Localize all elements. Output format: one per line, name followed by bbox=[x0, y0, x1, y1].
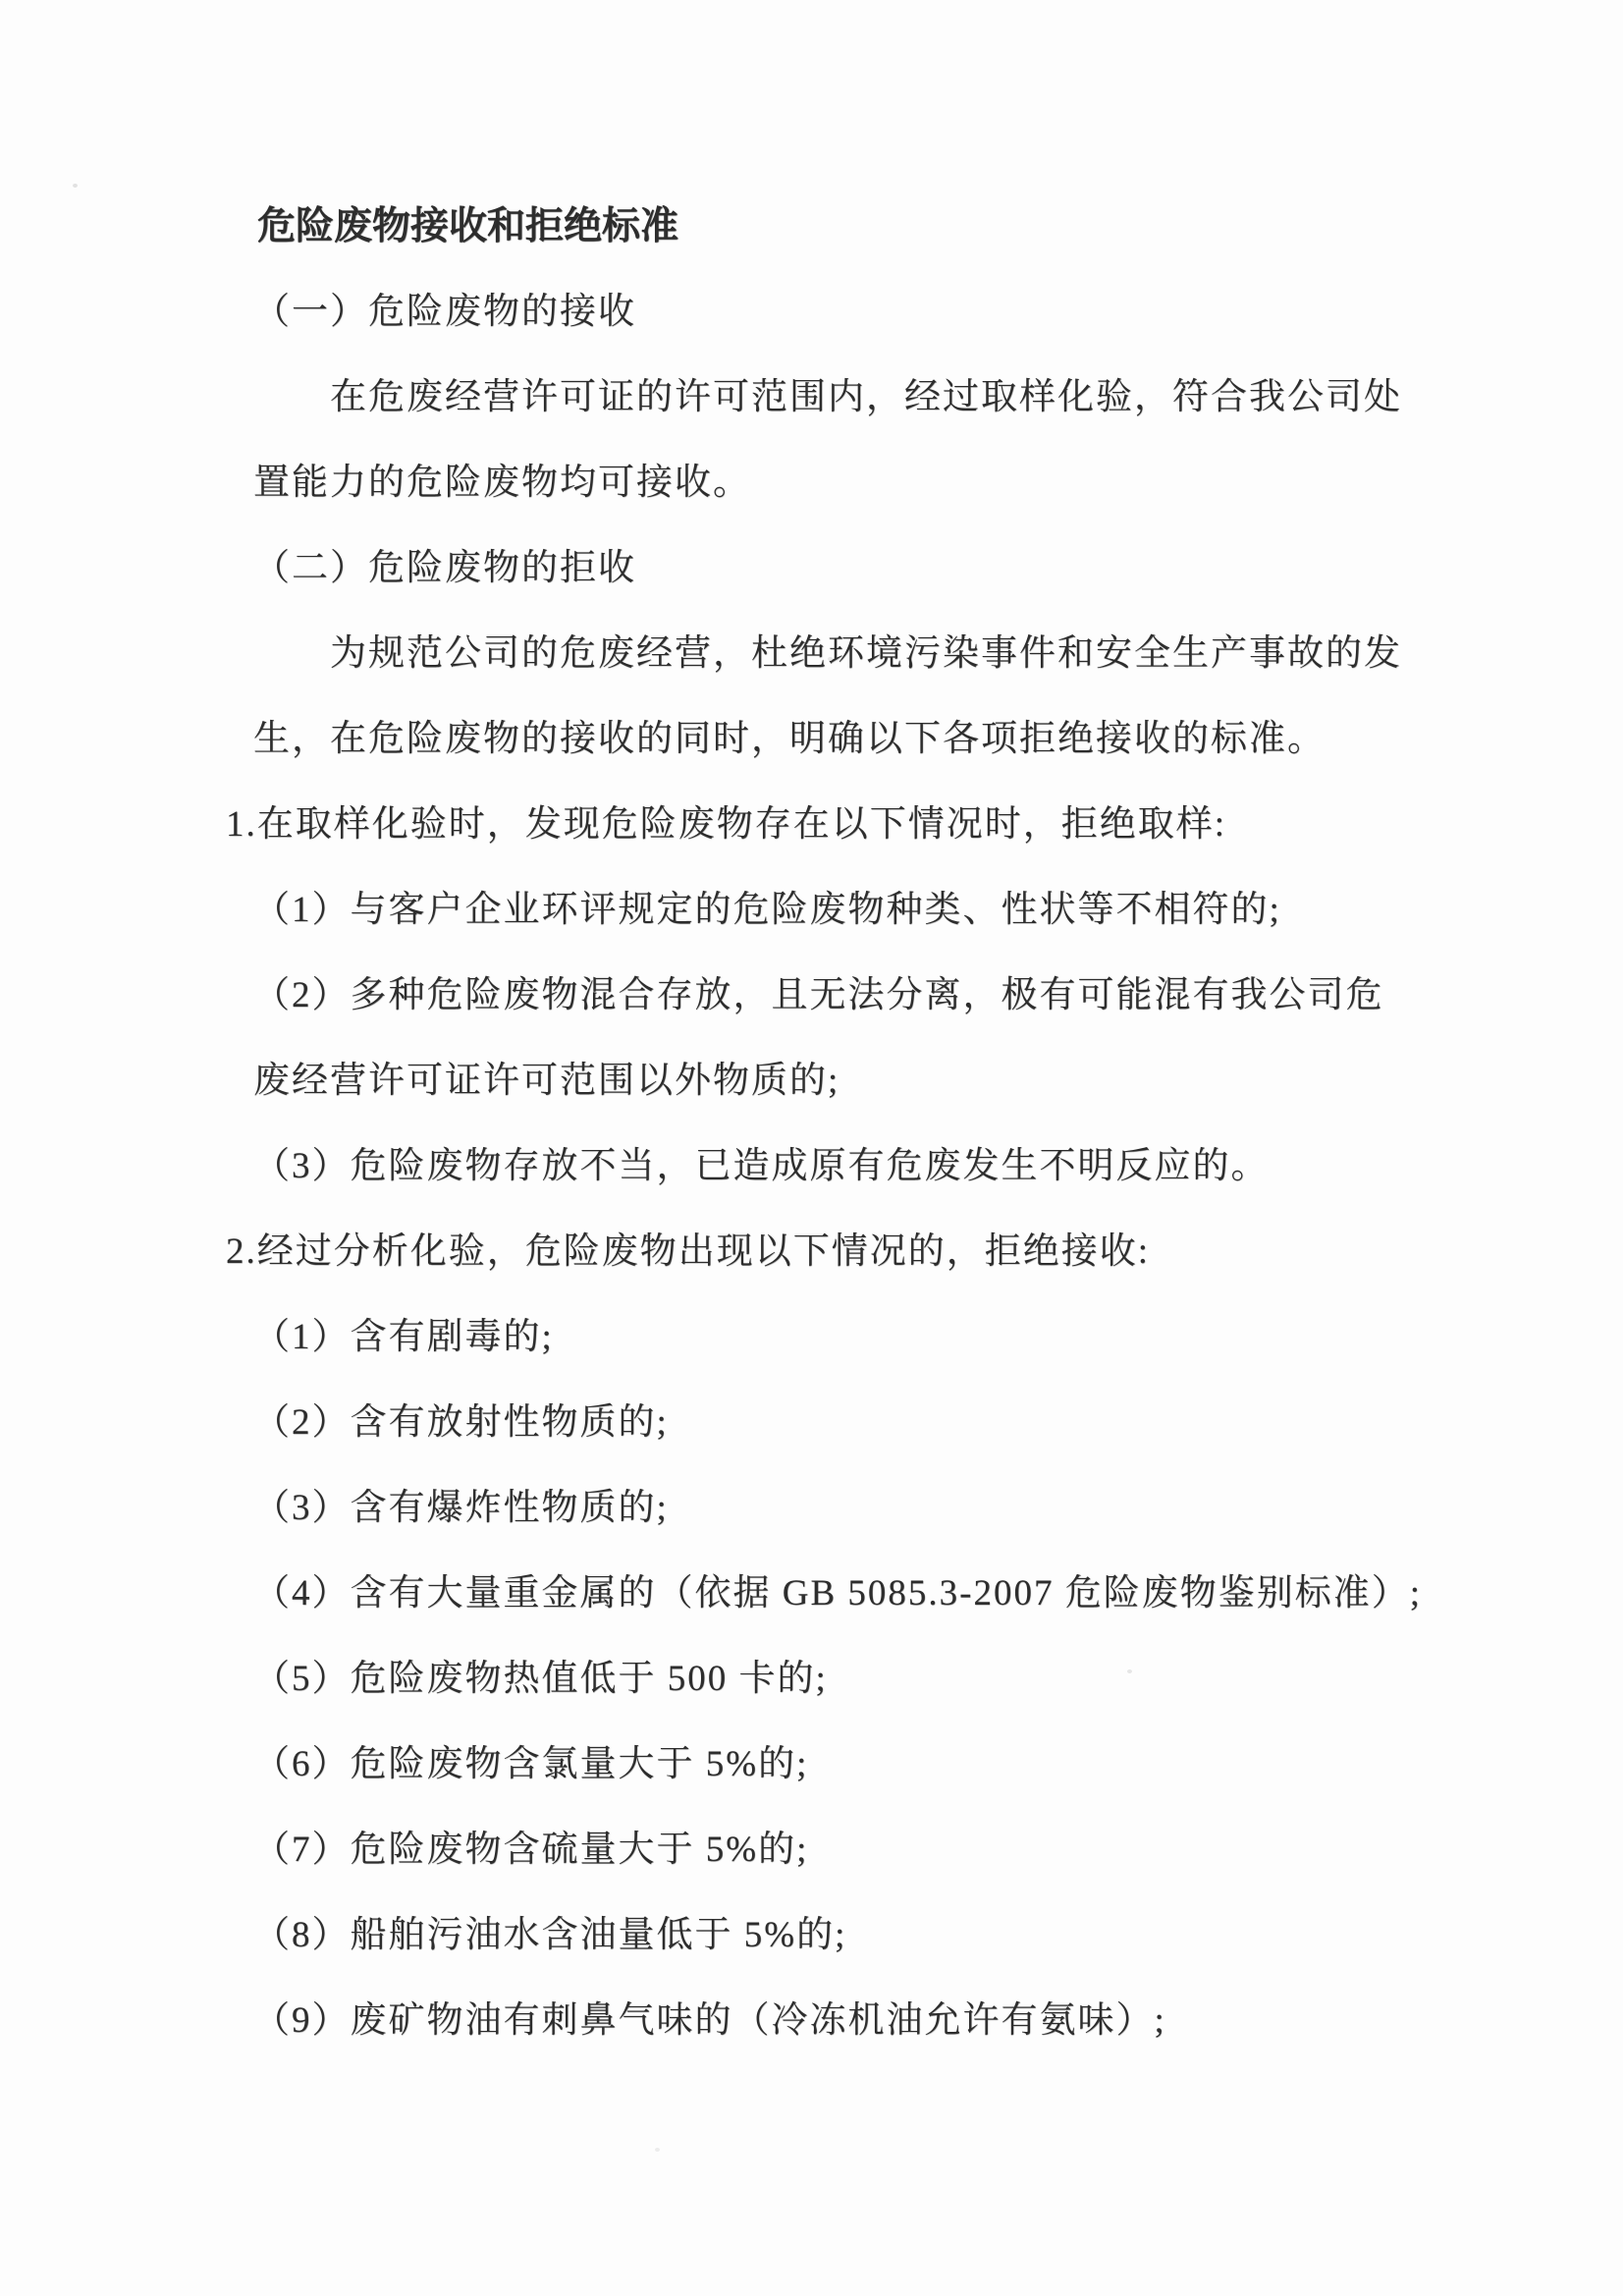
rule-2-item-6: （6）危险废物含氯量大于 5%的; bbox=[0, 1722, 1623, 1807]
rule-1-intro: 1.在取样化验时，发现危险废物存在以下情况时，拒绝取样: bbox=[0, 782, 1623, 867]
section-2-para-line-2: 生，在危险废物的接收的同时，明确以下各项拒绝接收的标准。 bbox=[0, 696, 1623, 782]
rule-1-item-1: （1）与客户企业环评规定的危险废物种类、性状等不相符的; bbox=[0, 867, 1623, 953]
section-2-heading: （二）危险废物的拒收 bbox=[0, 525, 1623, 611]
rule-2-intro: 2.经过分析化验，危险废物出现以下情况的，拒绝接收: bbox=[0, 1209, 1623, 1294]
document-page: 危险废物接收和拒绝标准 （一）危险废物的接收 在危废经营许可证的许可范围内，经过… bbox=[0, 0, 1623, 2296]
rule-2-item-1: （1）含有剧毒的; bbox=[0, 1294, 1623, 1380]
rule-1-item-3: （3）危险废物存放不当，已造成原有危废发生不明反应的。 bbox=[0, 1123, 1623, 1209]
scan-speck bbox=[828, 657, 833, 661]
scan-speck bbox=[655, 2148, 660, 2152]
scan-speck bbox=[1127, 1669, 1132, 1673]
rule-2-item-5: （5）危险废物热值低于 500 卡的; bbox=[0, 1636, 1623, 1722]
section-1-para-line-1: 在危废经营许可证的许可范围内，经过取样化验，符合我公司处 bbox=[0, 355, 1623, 440]
rule-2-item-2: （2）含有放射性物质的; bbox=[0, 1380, 1623, 1465]
section-1-para-line-2: 置能力的危险废物均可接收。 bbox=[0, 440, 1623, 525]
document-title: 危险废物接收和拒绝标准 bbox=[0, 184, 1623, 269]
rule-2-item-4: （4）含有大量重金属的（依据 GB 5085.3-2007 危险废物鉴别标准）; bbox=[0, 1551, 1623, 1636]
rule-2-item-7: （7）危险废物含硫量大于 5%的; bbox=[0, 1807, 1623, 1892]
rule-1-item-2-line-1: （2）多种危险废物混合存放，且无法分离，极有可能混有我公司危 bbox=[0, 953, 1623, 1038]
rule-2-item-3: （3）含有爆炸性物质的; bbox=[0, 1465, 1623, 1551]
rule-2-item-8: （8）船舶污油水含油量低于 5%的; bbox=[0, 1892, 1623, 1978]
document-content: 危险废物接收和拒绝标准 （一）危险废物的接收 在危废经营许可证的许可范围内，经过… bbox=[0, 184, 1623, 2063]
section-2-para-line-1: 为规范公司的危废经营，杜绝环境污染事件和安全生产事故的发 bbox=[0, 611, 1623, 696]
rule-2-item-9: （9）废矿物油有刺鼻气味的（冷冻机油允许有氨味）; bbox=[0, 1978, 1623, 2063]
rule-1-item-2-line-2: 废经营许可证许可范围以外物质的; bbox=[0, 1038, 1623, 1123]
scan-speck bbox=[73, 184, 78, 188]
section-1-heading: （一）危险废物的接收 bbox=[0, 269, 1623, 355]
